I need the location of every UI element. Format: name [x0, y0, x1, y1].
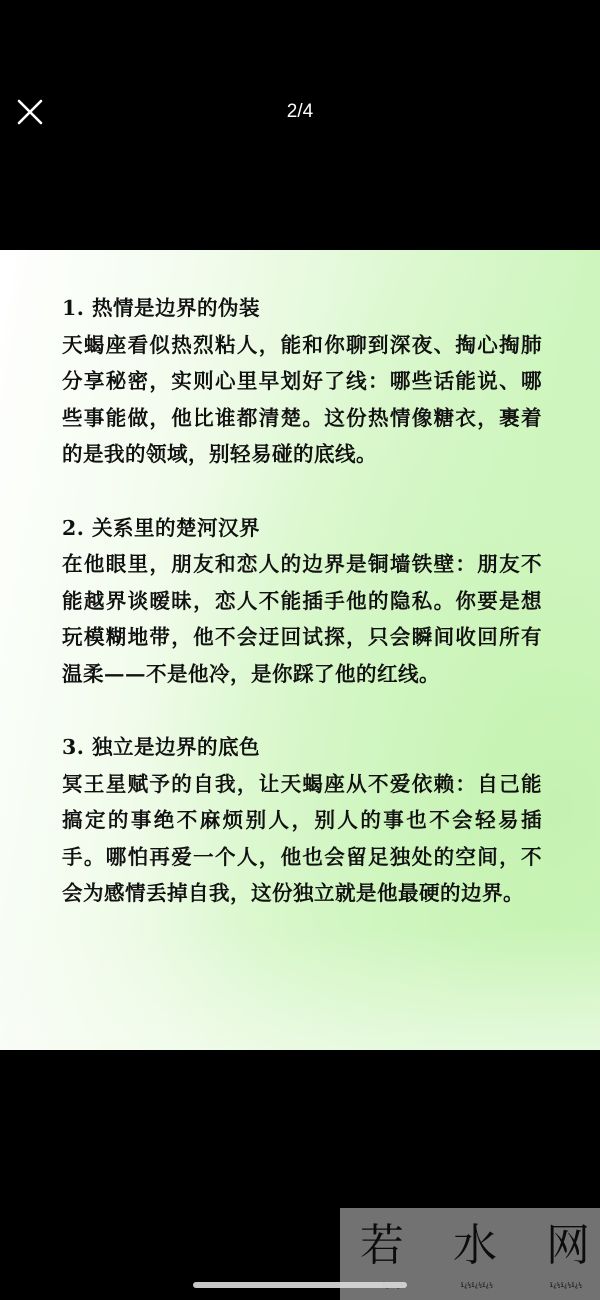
section-body: 在他眼里，朋友和恋人的边界是铜墙铁壁：朋友不能越界谈暧昧，恋人不能插手他的隐私。… — [62, 546, 542, 692]
watermark-char: 网 — [546, 1220, 590, 1272]
image-viewer-content[interactable]: 1. 热情是边界的伪装 天蝎座看似热烈粘人，能和你聊到深夜、掏心掏肺分享秘密，实… — [0, 250, 600, 1050]
section-body: 冥王星赋予的自我，让天蝎座从不爱依赖：自己能搞定的事绝不麻烦别人，别人的事也不会… — [62, 766, 542, 912]
home-indicator[interactable] — [193, 1282, 407, 1288]
section-1: 1. 热情是边界的伪装 天蝎座看似热烈粘人，能和你聊到深夜、掏心掏肺分享秘密，实… — [62, 290, 542, 473]
page-indicator: 2/4 — [0, 100, 600, 124]
section-2: 2. 关系里的楚河汉界 在他眼里，朋友和恋人的边界是铜墙铁壁：朋友不能越界谈暧昧… — [62, 510, 542, 693]
section-title: 1. 热情是边界的伪装 — [62, 290, 542, 327]
section-title: 2. 关系里的楚河汉界 — [62, 510, 542, 547]
section-3: 3. 独立是边界的底色 冥王星赋予的自我，让天蝎座从不爱依赖：自己能搞定的事绝不… — [62, 729, 542, 912]
article-text: 1. 热情是边界的伪装 天蝎座看似热烈粘人，能和你聊到深夜、掏心掏肺分享秘密，实… — [62, 290, 542, 949]
watermark-char: 水 — [453, 1220, 497, 1272]
watermark-char: 若 — [360, 1220, 404, 1272]
section-title: 3. 独立是边界的底色 — [62, 729, 542, 766]
section-body: 天蝎座看似热烈粘人，能和你聊到深夜、掏心掏肺分享秘密，实则心里早划好了线：哪些话… — [62, 327, 542, 473]
watermark-title: 若 水 网 — [360, 1220, 590, 1272]
watermark-sub-text: ï¿½ï¿½ï¿½ — [460, 1282, 493, 1290]
viewer-header: 2/4 — [0, 0, 600, 250]
watermark-subtitle: ï¿½ï¿½ ï¿½ï¿½ï¿½ ï¿½ï¿½ï¿½ — [382, 1282, 582, 1290]
watermark-sub-text: ï¿½ï¿½ï¿½ — [549, 1282, 582, 1290]
